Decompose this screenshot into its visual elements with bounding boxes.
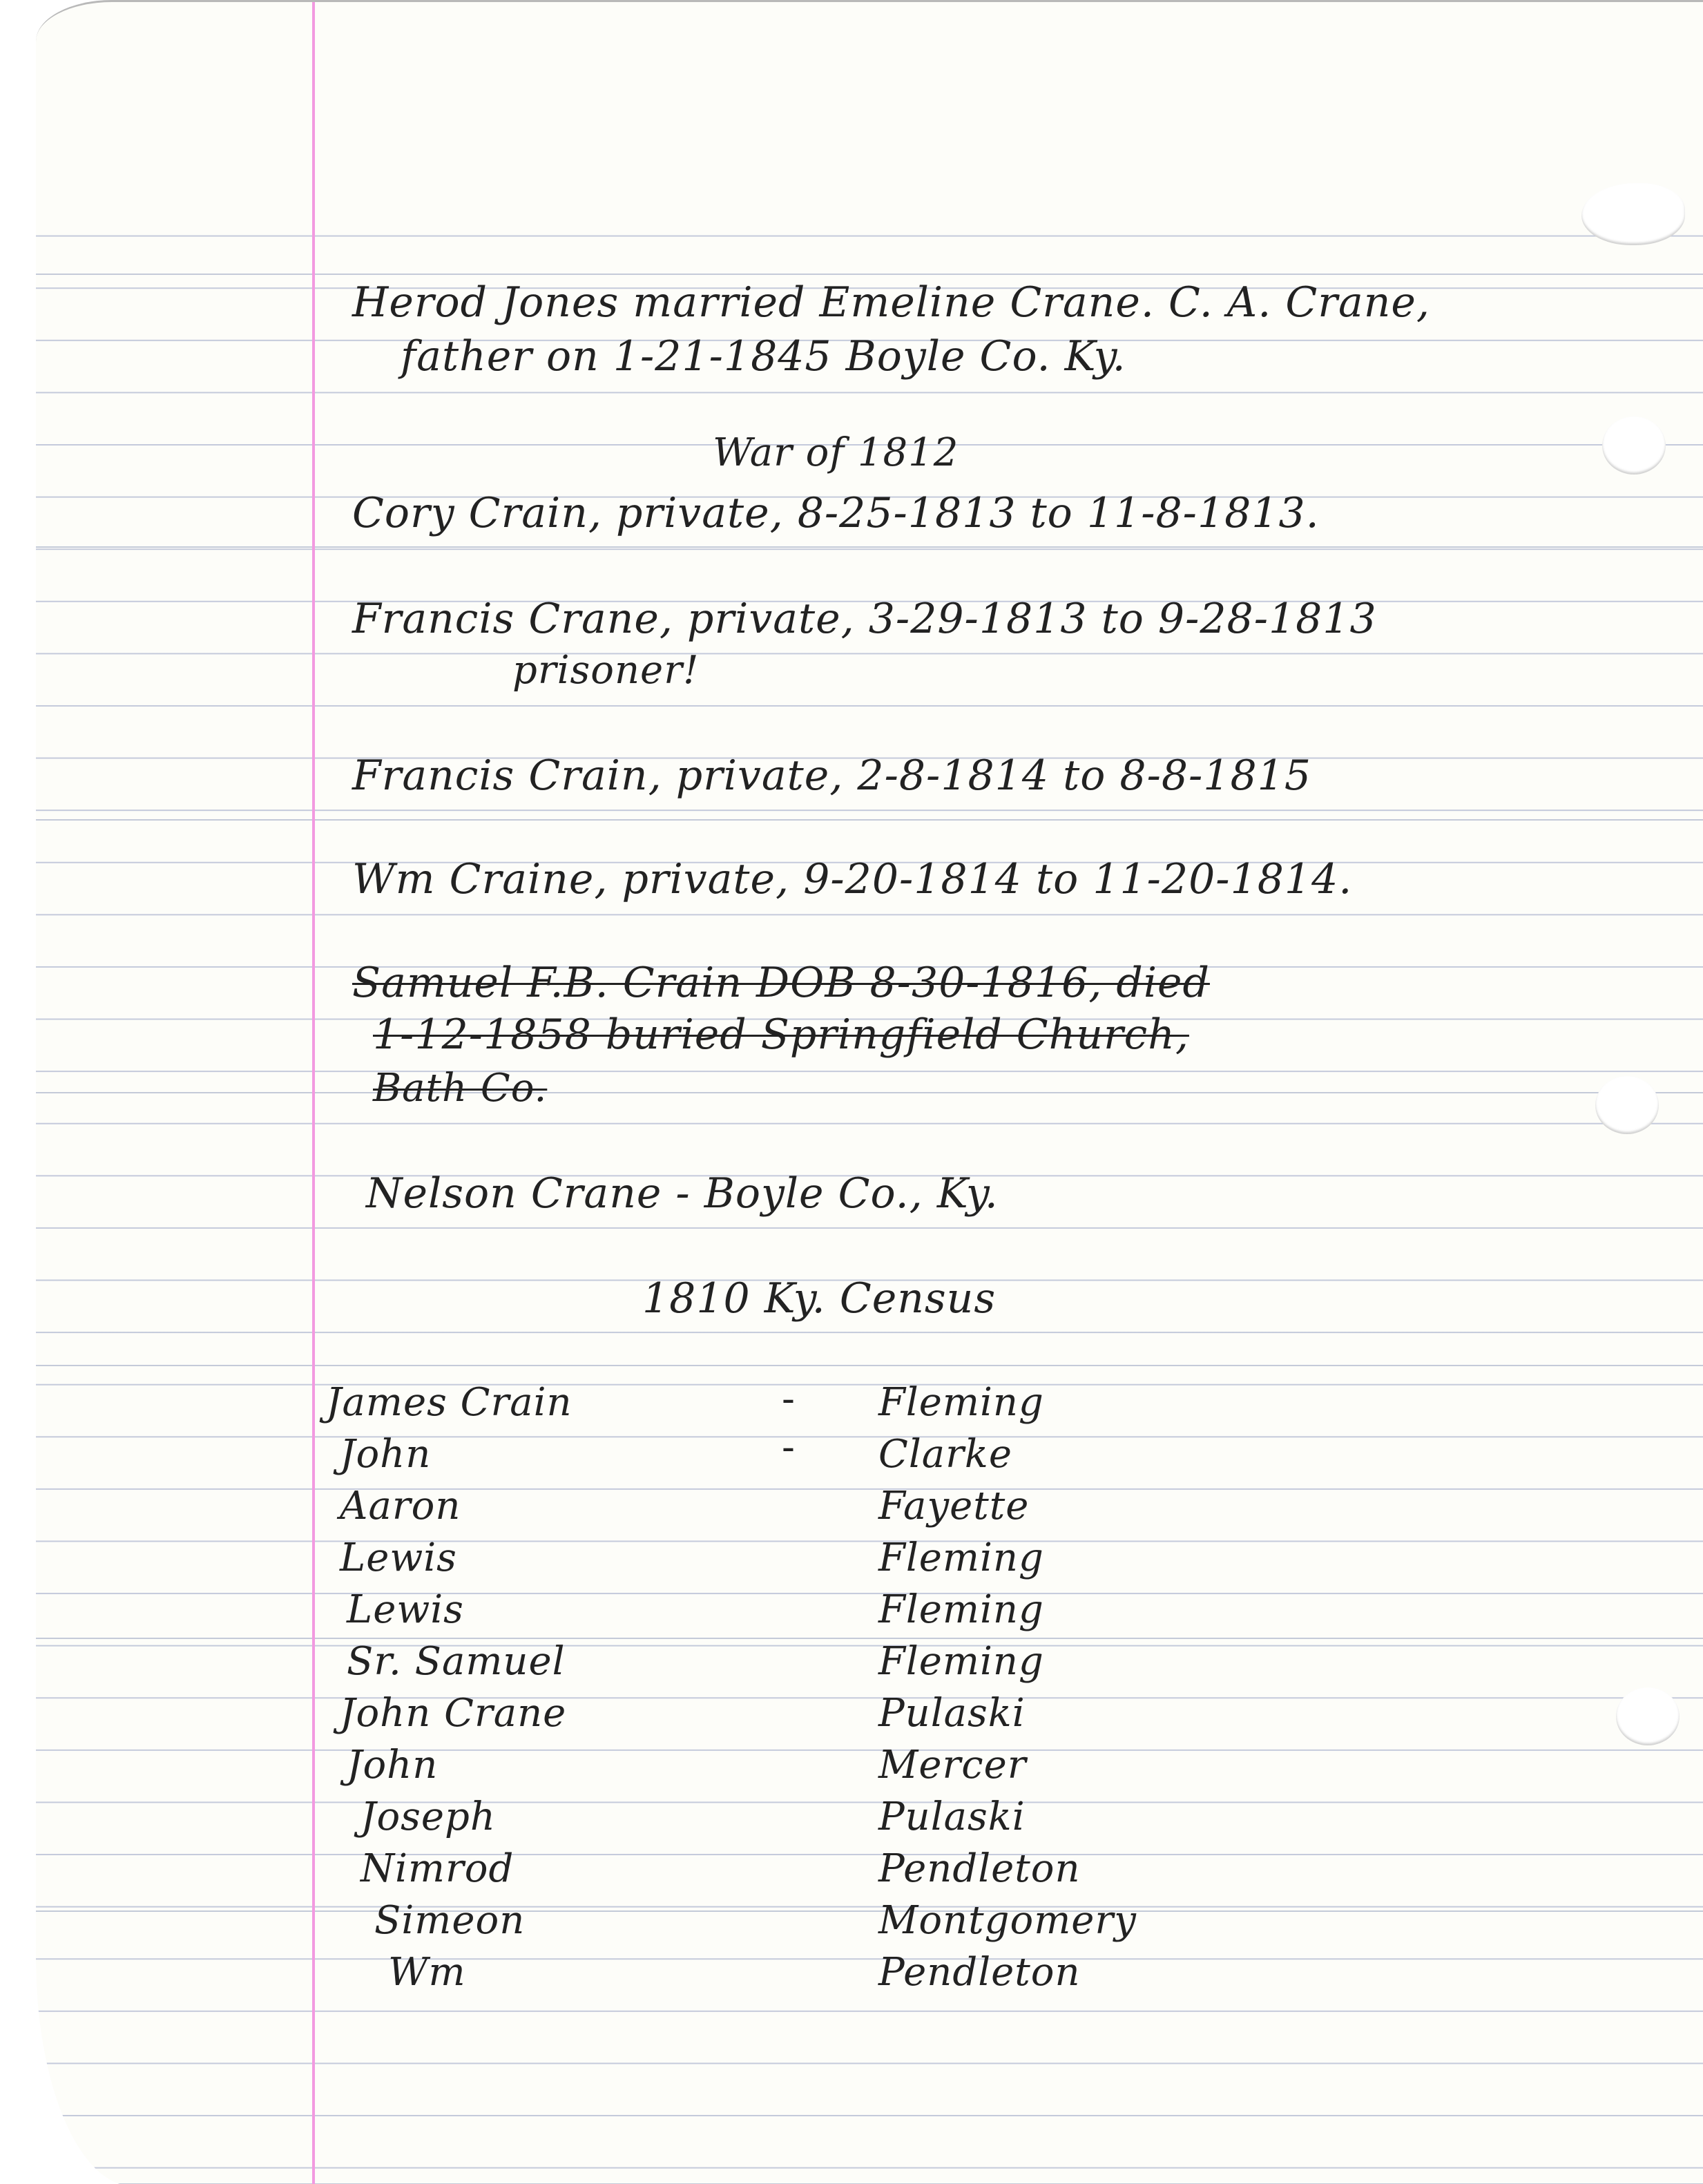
notebook-page: Herod Jones married Emeline Crane. C. A.… — [36, 0, 1703, 2184]
war-entry: Wm Craine, private, 9-20-1814 to 11-20-1… — [352, 855, 1352, 903]
census-county: Pulaski — [878, 1691, 1026, 1736]
census-name: John — [340, 1432, 431, 1477]
struck-entry-line-1: Samuel F.B. Crain DOB 8-30-1816, died — [352, 959, 1210, 1007]
census-name: James Crain — [326, 1380, 573, 1425]
census-county: Fleming — [878, 1587, 1044, 1632]
war-entry: Cory Crain, private, 8-25-1813 to 11-8-1… — [352, 489, 1320, 537]
margin-line — [312, 2, 315, 2184]
binder-hole-2 — [1602, 416, 1666, 475]
census-name: Simeon — [374, 1898, 525, 1943]
binder-hole-3 — [1595, 1076, 1659, 1134]
census-name: Lewis — [347, 1587, 464, 1632]
marriage-line-1: Herod Jones married Emeline Crane. C. A.… — [352, 278, 1430, 327]
nelson-entry: Nelson Crane - Boyle Co., Ky. — [366, 1169, 999, 1218]
census-name: John — [347, 1743, 438, 1788]
census-county: Pendleton — [878, 1846, 1081, 1891]
census-dash: - — [782, 1377, 795, 1421]
census-name: Aaron — [340, 1484, 461, 1529]
census-county: Fleming — [878, 1535, 1044, 1580]
marriage-line-2: father on 1-21-1845 Boyle Co. Ky. — [401, 332, 1126, 381]
census-county: Pulaski — [878, 1794, 1026, 1839]
war-entry: Francis Crane, private, 3-29-1813 to 9-2… — [352, 595, 1377, 643]
census-name: Nimrod — [360, 1846, 514, 1891]
war-heading: War of 1812 — [713, 430, 959, 475]
census-name: John Crane — [340, 1691, 566, 1736]
binder-hole-1 — [1581, 183, 1685, 245]
census-county: Clarke — [878, 1432, 1012, 1477]
war-entry-note: prisoner! — [512, 648, 699, 693]
census-name: Lewis — [340, 1535, 457, 1580]
census-name: Wm — [388, 1950, 466, 1995]
binder-hole-4 — [1616, 1687, 1680, 1745]
census-county: Fayette — [878, 1484, 1029, 1529]
census-name: Sr. Samuel — [347, 1639, 566, 1684]
war-entry: Francis Crain, private, 2-8-1814 to 8-8-… — [352, 751, 1311, 800]
census-name: Joseph — [360, 1794, 496, 1839]
census-county: Mercer — [878, 1743, 1027, 1788]
census-heading: 1810 Ky. Census — [642, 1274, 996, 1323]
census-county: Fleming — [878, 1639, 1044, 1684]
struck-entry-line-2: 1-12-1858 buried Springfield Church, — [373, 1010, 1189, 1059]
struck-entry-line-3: Bath Co. — [373, 1066, 547, 1111]
census-dash: - — [782, 1425, 795, 1470]
census-county: Pendleton — [878, 1950, 1081, 1995]
census-county: Montgomery — [878, 1898, 1137, 1943]
census-county: Fleming — [878, 1380, 1044, 1425]
